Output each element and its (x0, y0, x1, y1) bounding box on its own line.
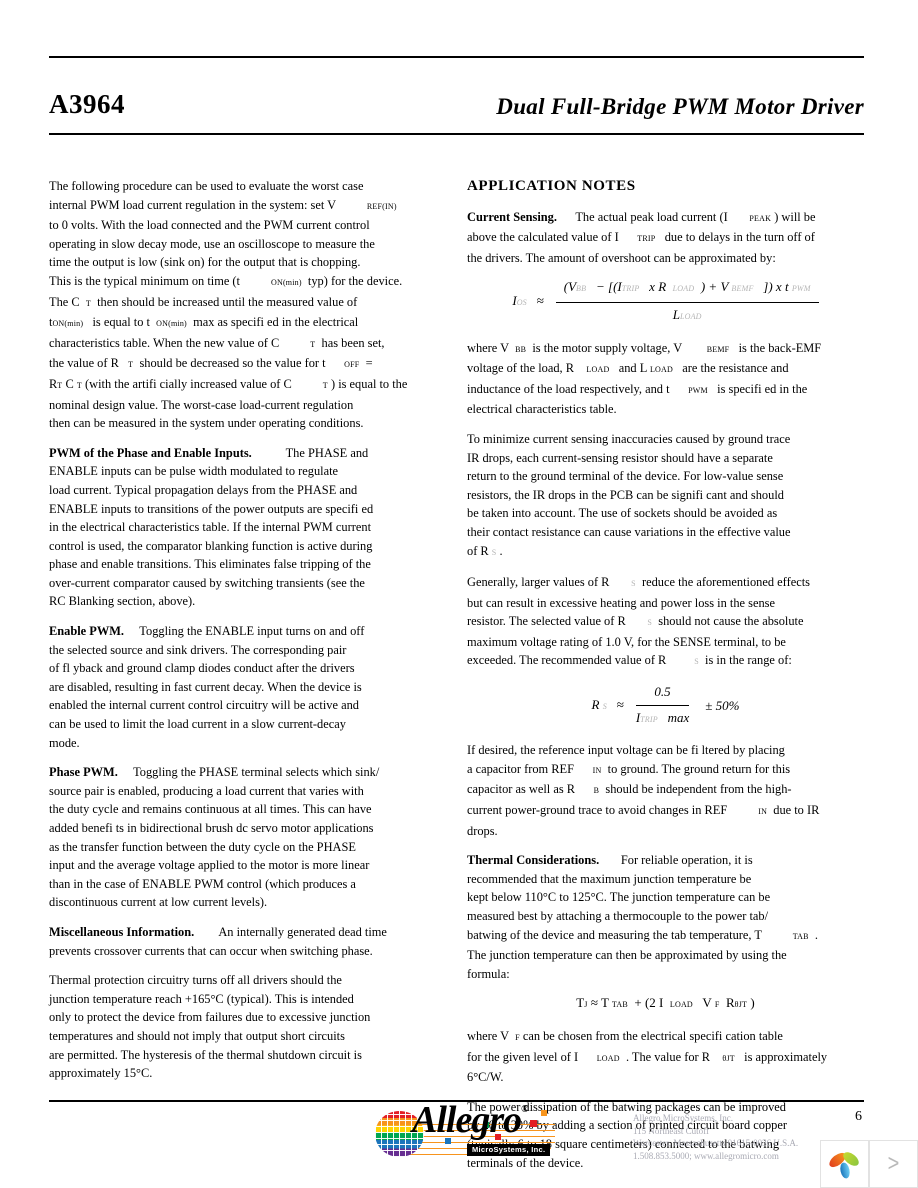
content-columns: The following procedure can be used to e… (49, 177, 864, 1172)
right-column: APPLICATION NOTES Current Sensing. The a… (467, 177, 864, 1172)
header-rule (49, 133, 864, 135)
chevron-right-icon: > (888, 1150, 900, 1178)
petal-blue (838, 1162, 850, 1180)
where-vf-paragraph: where V F can be chosen from the electri… (467, 1027, 864, 1087)
section-thermal-considerations: Thermal Considerations. For reliable ope… (467, 851, 864, 983)
formula-body: TJ ≈ T TAB + (2 I LOAD V F RθJT ) (576, 994, 754, 1015)
section-heading: Phase PWM. (49, 765, 118, 779)
section-enable-pwm: Enable PWM. Toggling the ENABLE input tu… (49, 622, 446, 752)
allegro-wordmark: Allegro® (412, 1098, 529, 1142)
allegro-logo: Allegro® MicroSystems, Inc. (375, 1108, 557, 1162)
application-notes-title: APPLICATION NOTES (467, 177, 864, 196)
overshoot-formula: IOS ≈ (VBB − [(ITRIP x R LOAD ) + V BEMF… (467, 278, 864, 326)
section-current-sensing: Current Sensing. The actual peak load cu… (467, 208, 864, 268)
section-heading: Miscellaneous Information. (49, 925, 194, 939)
fraction: 0.5 ITRIP max (636, 683, 689, 729)
next-button[interactable]: > (869, 1140, 918, 1188)
formula-tolerance: ± 50% (705, 697, 739, 716)
section-text: For reliable operation, it is recommende… (467, 853, 818, 981)
formula-lhs: IOS ≈ (512, 292, 543, 313)
section-heading: Enable PWM. (49, 624, 124, 638)
petal-logo-icon (829, 1148, 861, 1180)
part-number: A3964 (49, 89, 125, 120)
reference-filter-paragraph: If desired, the reference input voltage … (467, 741, 864, 840)
formula-lhs: R S ≈ (592, 696, 624, 717)
address-line: 115 Northeast Cutoff (633, 1125, 798, 1138)
fraction-denominator: ITRIP max (636, 706, 689, 730)
intro-paragraph: The following procedure can be used to e… (49, 177, 446, 433)
datasheet-page: A3964 Dual Full-Bridge PWM Motor Driver … (49, 0, 864, 1172)
section-heading: Thermal Considerations. (467, 853, 599, 867)
document-title: Dual Full-Bridge PWM Motor Driver (496, 94, 864, 120)
brand-thumbnail-button[interactable] (820, 1140, 869, 1188)
where-paragraph: where V BB is the motor supply voltage, … (467, 339, 864, 419)
section-heading: PWM of the Phase and Enable Inputs. (49, 446, 252, 460)
viewer-controls: > (820, 1140, 918, 1188)
sense-resistor-formula: R S ≈ 0.5 ITRIP max ± 50% (467, 683, 864, 729)
section-text: The PHASE and ENABLE inputs can be pulse… (49, 446, 373, 609)
address-line: 1.508.853.5000; www.allegromicro.com (633, 1150, 798, 1163)
logo-tagline: MicroSystems, Inc. (467, 1144, 550, 1156)
fraction-numerator: (VBB − [(ITRIP x R LOAD ) + V BEMF ]) x … (556, 278, 819, 303)
page-header: A3964 Dual Full-Bridge PWM Motor Driver (49, 58, 864, 133)
address-line: Allegro MicroSystems, Inc. (633, 1112, 798, 1125)
company-address: Allegro MicroSystems, Inc. 115 Northeast… (633, 1112, 798, 1162)
fraction: (VBB − [(ITRIP x R LOAD ) + V BEMF ]) x … (556, 278, 819, 326)
section-miscellaneous: Miscellaneous Information. An internally… (49, 923, 446, 960)
fraction-denominator: LLOAD (556, 303, 819, 327)
left-column: The following procedure can be used to e… (49, 177, 446, 1172)
section-text: Toggling the PHASE terminal selects whic… (49, 765, 379, 909)
section-text: Toggling the ENABLE input turns on and o… (49, 624, 364, 750)
page-number: 6 (855, 1109, 862, 1125)
registered-mark: ® (521, 1104, 528, 1115)
minimize-inaccuracies-paragraph: To minimize current sensing inaccuracies… (467, 430, 864, 562)
section-heading: Current Sensing. (467, 210, 557, 224)
fraction-numerator: 0.5 (636, 683, 689, 706)
generally-paragraph: Generally, larger values of R S reduce t… (467, 573, 864, 672)
logo-square (541, 1110, 547, 1116)
section-phase-pwm: Phase PWM. Toggling the PHASE terminal s… (49, 763, 446, 912)
junction-temperature-formula: TJ ≈ T TAB + (2 I LOAD V F RθJT ) (467, 994, 864, 1015)
address-line: Worcester, Massachusetts 01615-0036 U.S.… (633, 1137, 798, 1150)
thermal-protection-paragraph: Thermal protection circuitry turns off a… (49, 971, 446, 1083)
logo-square (530, 1120, 537, 1127)
page-footer: Allegro® MicroSystems, Inc. Allegro Micr… (49, 1100, 864, 1188)
section-pwm-phase-enable: PWM of the Phase and Enable Inputs. The … (49, 444, 446, 611)
